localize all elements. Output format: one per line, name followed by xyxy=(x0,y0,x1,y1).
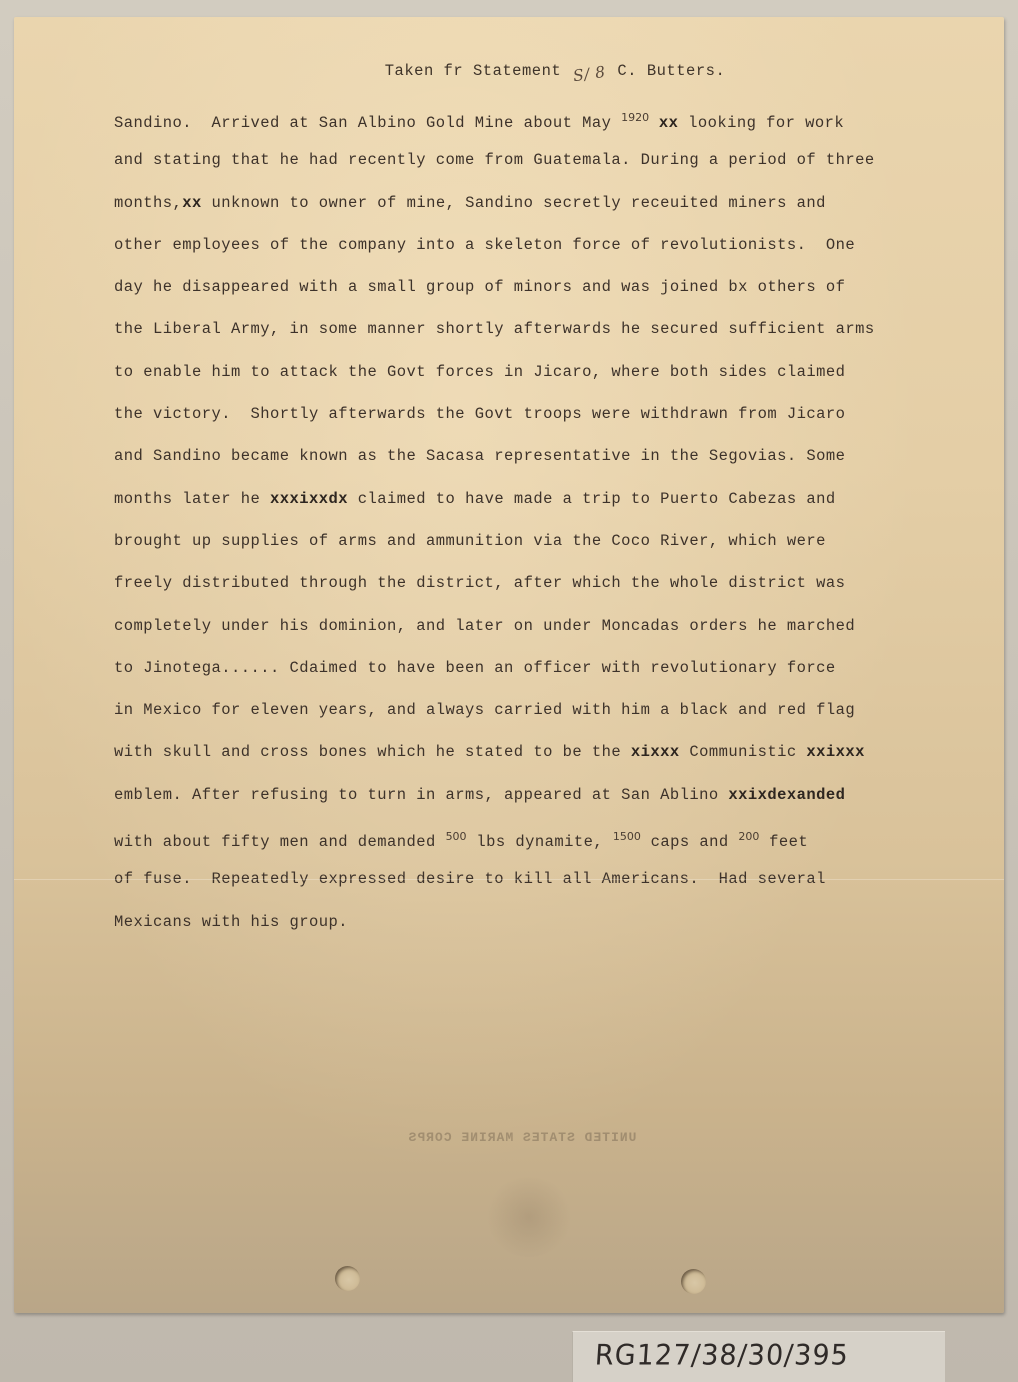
typed-text: Mexicans with his group. xyxy=(114,913,348,931)
handwritten-initial-mark: S/ 8 xyxy=(572,63,607,85)
handwritten-insertion: 1920 xyxy=(621,111,649,124)
heading-text-after: C. Butters. xyxy=(608,62,726,80)
typed-text: the Liberal Army, in some manner shortly… xyxy=(114,320,875,338)
typed-line: emblem. After refusing to turn in arms, … xyxy=(114,774,934,816)
typed-text: months later he xyxy=(114,490,270,508)
typed-line: the victory. Shortly afterwards the Govt… xyxy=(114,393,934,435)
typed-line: months later he xxxixxdx claimed to have… xyxy=(114,478,934,520)
punch-hole-right xyxy=(681,1269,706,1294)
typed-line: to enable him to attack the Govt forces … xyxy=(114,351,934,393)
typed-line: months,xx unknown to owner of mine, Sand… xyxy=(114,182,934,224)
typed-text: and stating that he had recently come fr… xyxy=(114,151,875,169)
typed-line: in Mexico for eleven years, and always c… xyxy=(114,689,934,731)
typed-text: to enable him to attack the Govt forces … xyxy=(114,363,845,381)
typed-text: of fuse. Repeatedly expressed desire to … xyxy=(114,870,826,888)
typed-strikeout: xx xyxy=(659,114,679,132)
typed-text: unknown to owner of mine, Sandino secret… xyxy=(202,194,826,212)
typewritten-page: Taken fr Statement S/ 8 C. Butters. Sand… xyxy=(14,17,1004,1313)
typed-text: the victory. Shortly afterwards the Govt… xyxy=(114,405,845,423)
typed-line: of fuse. Repeatedly expressed desire to … xyxy=(114,858,934,900)
handwritten-insertion: 500 xyxy=(446,830,467,843)
typed-text: in Mexico for eleven years, and always c… xyxy=(114,701,855,719)
statement-body: Sandino. Arrived at San Albino Gold Mine… xyxy=(114,97,934,943)
typed-text: freely distributed through the district,… xyxy=(114,574,845,592)
typed-line: Mexicans with his group. xyxy=(114,901,934,943)
archive-reference-label: RG127/38/30/395 xyxy=(572,1331,945,1382)
typed-strikeout: xixxx xyxy=(631,743,680,761)
typed-text: caps and xyxy=(641,833,739,851)
typed-text: claimed to have made a trip to Puerto Ca… xyxy=(348,490,836,508)
document-heading: Taken fr Statement S/ 8 C. Butters. xyxy=(14,61,1004,80)
typed-strikeout: xxxixxdx xyxy=(270,490,348,508)
typed-line: freely distributed through the district,… xyxy=(114,562,934,604)
handwritten-insertion: 200 xyxy=(738,830,759,843)
typed-text: with about fifty men and demanded xyxy=(114,833,446,851)
typed-text: to Jinotega...... Cdaimed to have been a… xyxy=(114,659,836,677)
typed-line: the Liberal Army, in some manner shortly… xyxy=(114,308,934,350)
typed-line: brought up supplies of arms and ammuniti… xyxy=(114,520,934,562)
typed-line: and stating that he had recently come fr… xyxy=(114,139,934,181)
typed-line: Sandino. Arrived at San Albino Gold Mine… xyxy=(114,97,934,139)
typed-text: brought up supplies of arms and ammuniti… xyxy=(114,532,826,550)
typed-text: looking for work xyxy=(678,114,844,132)
seal-bleed-through xyxy=(484,1177,574,1257)
typed-line: to Jinotega...... Cdaimed to have been a… xyxy=(114,647,934,689)
typed-text: other employees of the company into a sk… xyxy=(114,236,855,254)
handwritten-insertion: 1500 xyxy=(613,830,641,843)
typed-text: and Sandino became known as the Sacasa r… xyxy=(114,447,845,465)
typed-strikeout: xx xyxy=(182,194,202,212)
typed-line: with skull and cross bones which he stat… xyxy=(114,731,934,773)
typed-line: other employees of the company into a sk… xyxy=(114,224,934,266)
typed-line: and Sandino became known as the Sacasa r… xyxy=(114,435,934,477)
typed-strikeout: xxixxx xyxy=(806,743,865,761)
typed-line: day he disappeared with a small group of… xyxy=(114,266,934,308)
heading-text-before: Taken fr Statement xyxy=(385,62,571,80)
typed-text: Sandino. Arrived at San Albino Gold Mine… xyxy=(114,114,621,132)
punch-hole-left xyxy=(335,1266,360,1291)
typed-text: lbs dynamite, xyxy=(467,833,613,851)
letterhead-bleed-through: UNITED STATES MARINE CORPS xyxy=(352,1130,692,1145)
typed-text xyxy=(649,114,659,132)
typed-text: day he disappeared with a small group of… xyxy=(114,278,845,296)
typed-text: emblem. After refusing to turn in arms, … xyxy=(114,786,728,804)
typed-text: Communistic xyxy=(680,743,807,761)
typed-strikeout: xxixdexanded xyxy=(728,786,845,804)
typed-text: with skull and cross bones which he stat… xyxy=(114,743,631,761)
typed-line: completely under his dominion, and later… xyxy=(114,605,934,647)
typed-text: months, xyxy=(114,194,182,212)
typed-line: with about fifty men and demanded 500 lb… xyxy=(114,816,934,858)
archive-reference-text: RG127/38/30/395 xyxy=(594,1339,850,1372)
typed-text: feet xyxy=(759,833,808,851)
typed-text: completely under his dominion, and later… xyxy=(114,617,855,635)
